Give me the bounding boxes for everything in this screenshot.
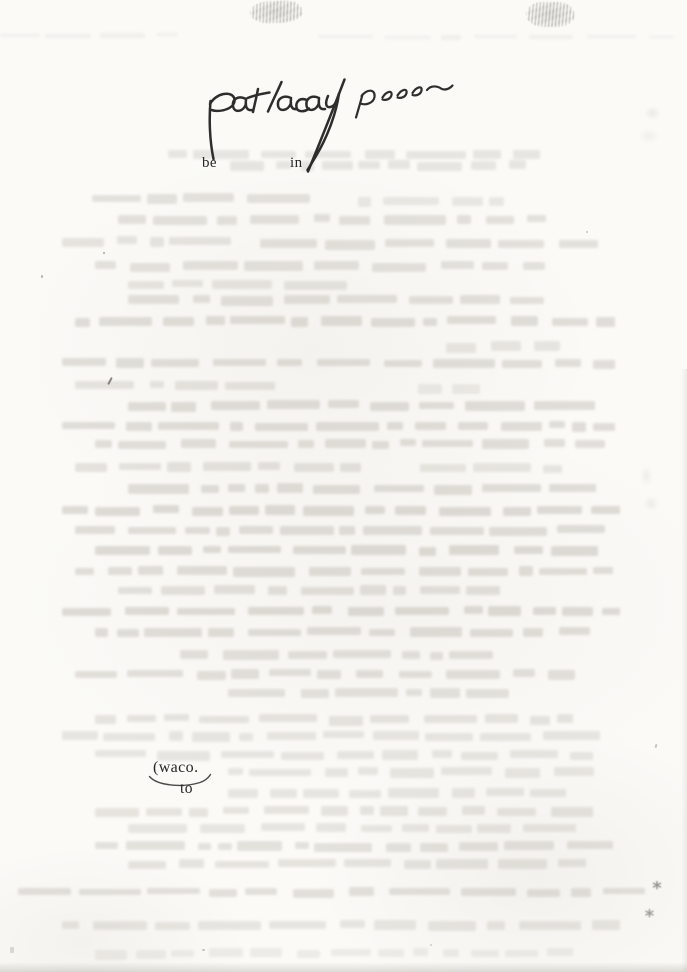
gloss-in: in [290,156,302,171]
ghost-text-line [128,823,576,836]
ghost-text-line [168,149,540,162]
smudge [643,496,659,511]
ghost-text-line [95,627,593,640]
speck [430,944,432,946]
hw-a1 [233,97,253,110]
ghost-text-line [95,545,623,558]
ink-smudge-star: * [649,880,665,892]
speck [10,947,14,953]
ghost-text-line [92,193,330,206]
smudge [644,106,661,120]
ghost-text-line [446,341,568,354]
ghost-text-line [95,841,613,854]
smudge [640,466,653,486]
gloss-be: be [202,156,217,171]
hw-y [326,94,339,108]
bleedthrough-text-layer [0,0,687,972]
ghost-text-line [228,767,608,780]
ghost-text-line [75,669,593,682]
hw-p-bowl [210,94,235,111]
ink-smudge-star: * [642,907,657,921]
ghost-text-line [118,214,568,227]
ghost-text-line [75,316,615,329]
ghost-text-line [228,688,520,701]
gloss-waco: (waco. [153,760,199,776]
ghost-text-line [62,731,600,744]
hw-a2 [278,97,297,110]
scanned-page: ** be in (waco. to [0,0,687,972]
hw-tilde [427,86,453,91]
ghost-text-line [128,295,548,308]
ghost-text-line [128,279,356,292]
handwritten-annotation-patlacay [210,80,453,172]
ghost-text-line [420,463,562,476]
ghost-text-line [62,358,615,371]
hw-slash [308,80,345,172]
ghost-text-line [75,380,275,393]
hw-c [296,99,309,111]
speck [107,377,113,385]
ghost-text-line [62,606,620,619]
ghost-text-line [95,714,573,727]
speck [103,252,105,254]
hw-y-tail [308,94,340,171]
hw-l [268,82,282,112]
hw-t [248,89,270,112]
ghost-text-line [95,261,563,274]
hw-squiggle-1 [383,92,392,100]
hw-p-stem [210,101,214,159]
smudge [638,128,660,144]
speck [586,231,588,233]
speck [655,744,658,748]
ghost-text-line [75,461,373,474]
artifact-layer: ** [0,0,687,972]
hw-a3 [306,97,325,110]
ghost-text-line [0,33,182,41]
ghost-text-line [228,788,566,801]
ink-layer [0,0,687,972]
ghost-text-line [358,196,508,209]
ghost-text-line [62,236,244,249]
ghost-text-line [95,948,573,961]
ghost-text-line [95,806,593,819]
ghost-text-line [318,35,687,43]
bottom-edge-shadow [0,962,687,972]
ghost-text-line [128,859,586,872]
ghost-text-line [180,650,510,663]
ghost-text-line [18,887,658,899]
ghost-text-line [75,566,613,579]
ghost-text-line [95,439,613,452]
gloss-to: to [180,781,193,797]
speck [202,949,205,951]
ghost-text-line [118,585,500,598]
right-edge-shadow [681,369,687,972]
ghost-text-line [128,483,596,496]
ghost-text-line [230,160,528,173]
ghost-text-line [128,400,606,413]
ghost-text-line [62,421,615,434]
pencil-scribble [250,0,303,24]
ghost-text-line [418,383,480,396]
hw-p2 [356,91,375,118]
hw-squiggle-3 [413,87,422,95]
ghost-text-line [62,920,620,933]
hw-squiggle-2 [398,90,407,98]
pencil-scribble [526,2,574,28]
speck [41,275,43,278]
ghost-text-line [62,505,620,518]
ghost-text-line [75,525,613,538]
ghost-text-line [260,238,602,251]
